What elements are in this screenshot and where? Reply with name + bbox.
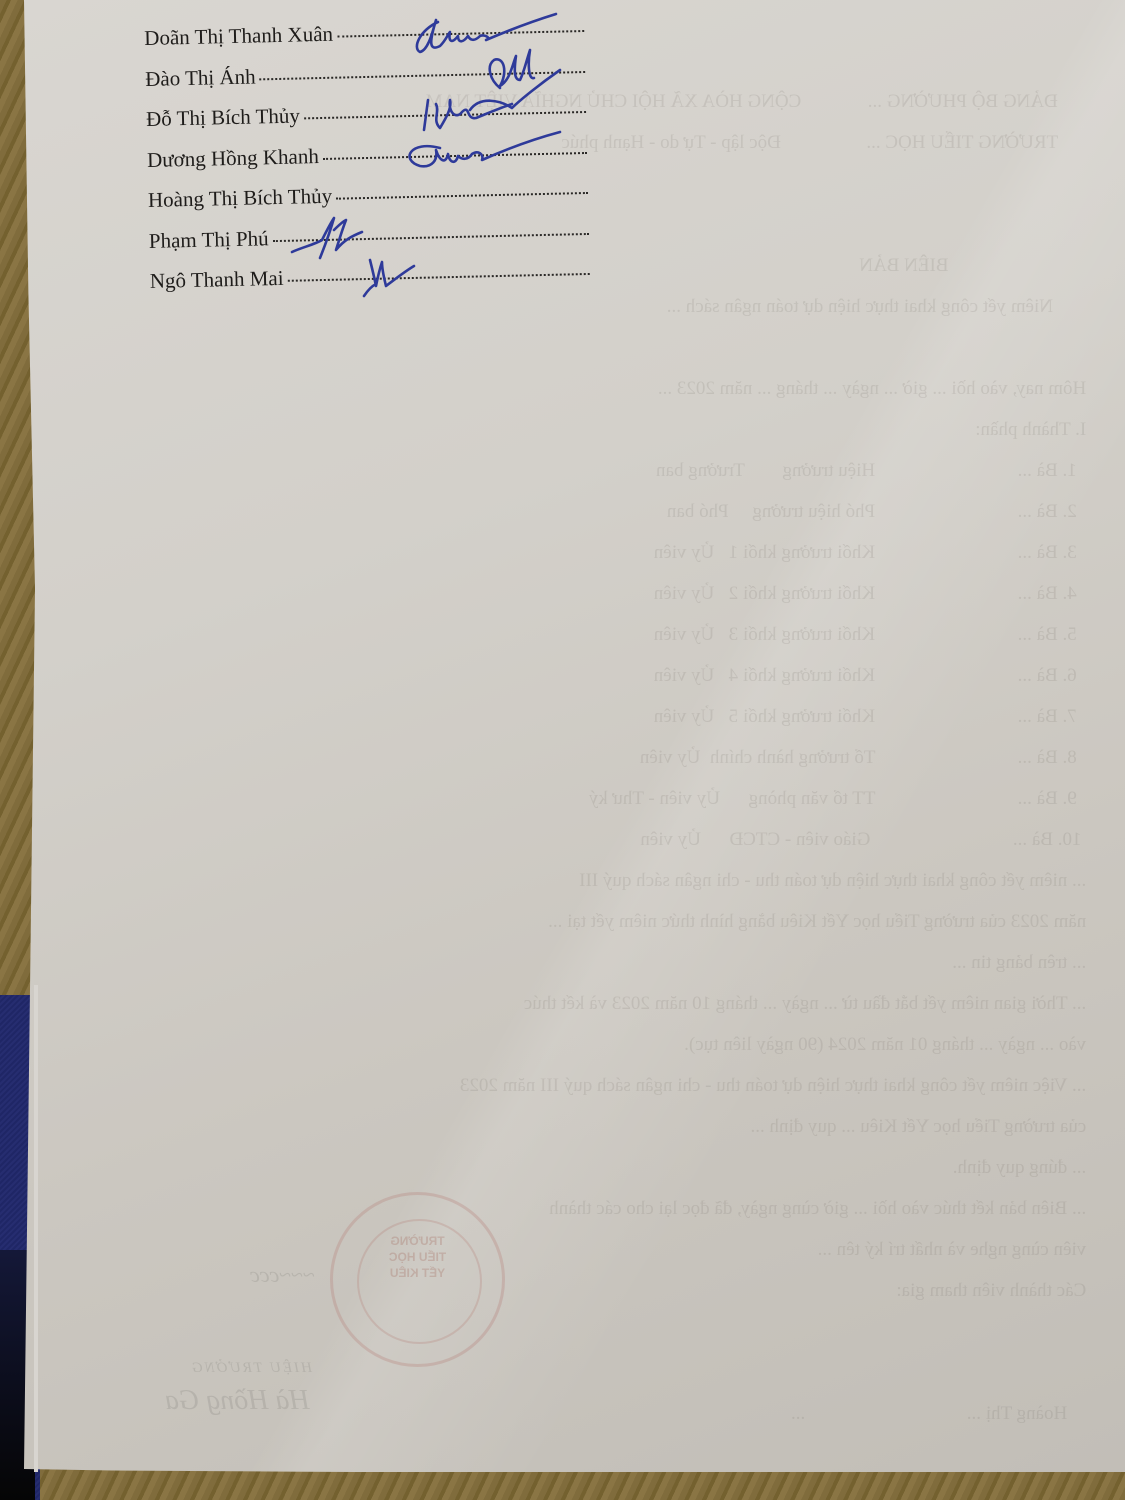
stamp-text: TRƯỜNG TIỂU HỌC YẾT KIÊU xyxy=(333,1233,502,1281)
signature-line xyxy=(304,111,586,119)
school-stamp-bleed-through: TRƯỜNG TIỂU HỌC YẾT KIÊU xyxy=(330,1192,505,1367)
signature-line xyxy=(273,232,589,241)
signatory-name: Đỗ Thị Bích Thủy xyxy=(146,103,300,131)
signatory-name: Dương Hồng Khanh xyxy=(147,144,319,173)
signature-line xyxy=(337,30,584,38)
signatory-name: Hoàng Thị Bích Thủy xyxy=(148,184,333,213)
signature-line xyxy=(336,192,588,200)
signature-line xyxy=(260,71,586,80)
stamp-line: TIỂU HỌC xyxy=(333,1249,502,1265)
stamp-line: TRƯỜNG xyxy=(333,1233,502,1249)
stamp-line: YẾT KIÊU xyxy=(333,1265,502,1281)
signatory-name: Doãn Thị Thanh Xuân xyxy=(144,22,333,51)
signatory-name: Đào Thị Ánh xyxy=(145,64,256,91)
bleed-through-caption: HIỆU TRƯỞNG xyxy=(190,1360,312,1377)
signatory-name: Phạm Thị Phú xyxy=(149,226,269,254)
signature-list: Doãn Thị Thanh Xuân Đào Thị Ánh Đỗ Thị B… xyxy=(144,16,590,309)
signature-line xyxy=(323,151,587,159)
bleed-through-signature-2: ~~~ccc xyxy=(250,1262,315,1288)
bleed-through-signature: Hà Hồng Ga xyxy=(165,1385,310,1417)
signatory-name: Ngô Thanh Mai xyxy=(150,266,284,294)
paper-under-edge xyxy=(34,985,38,1472)
signature-line xyxy=(288,273,590,282)
